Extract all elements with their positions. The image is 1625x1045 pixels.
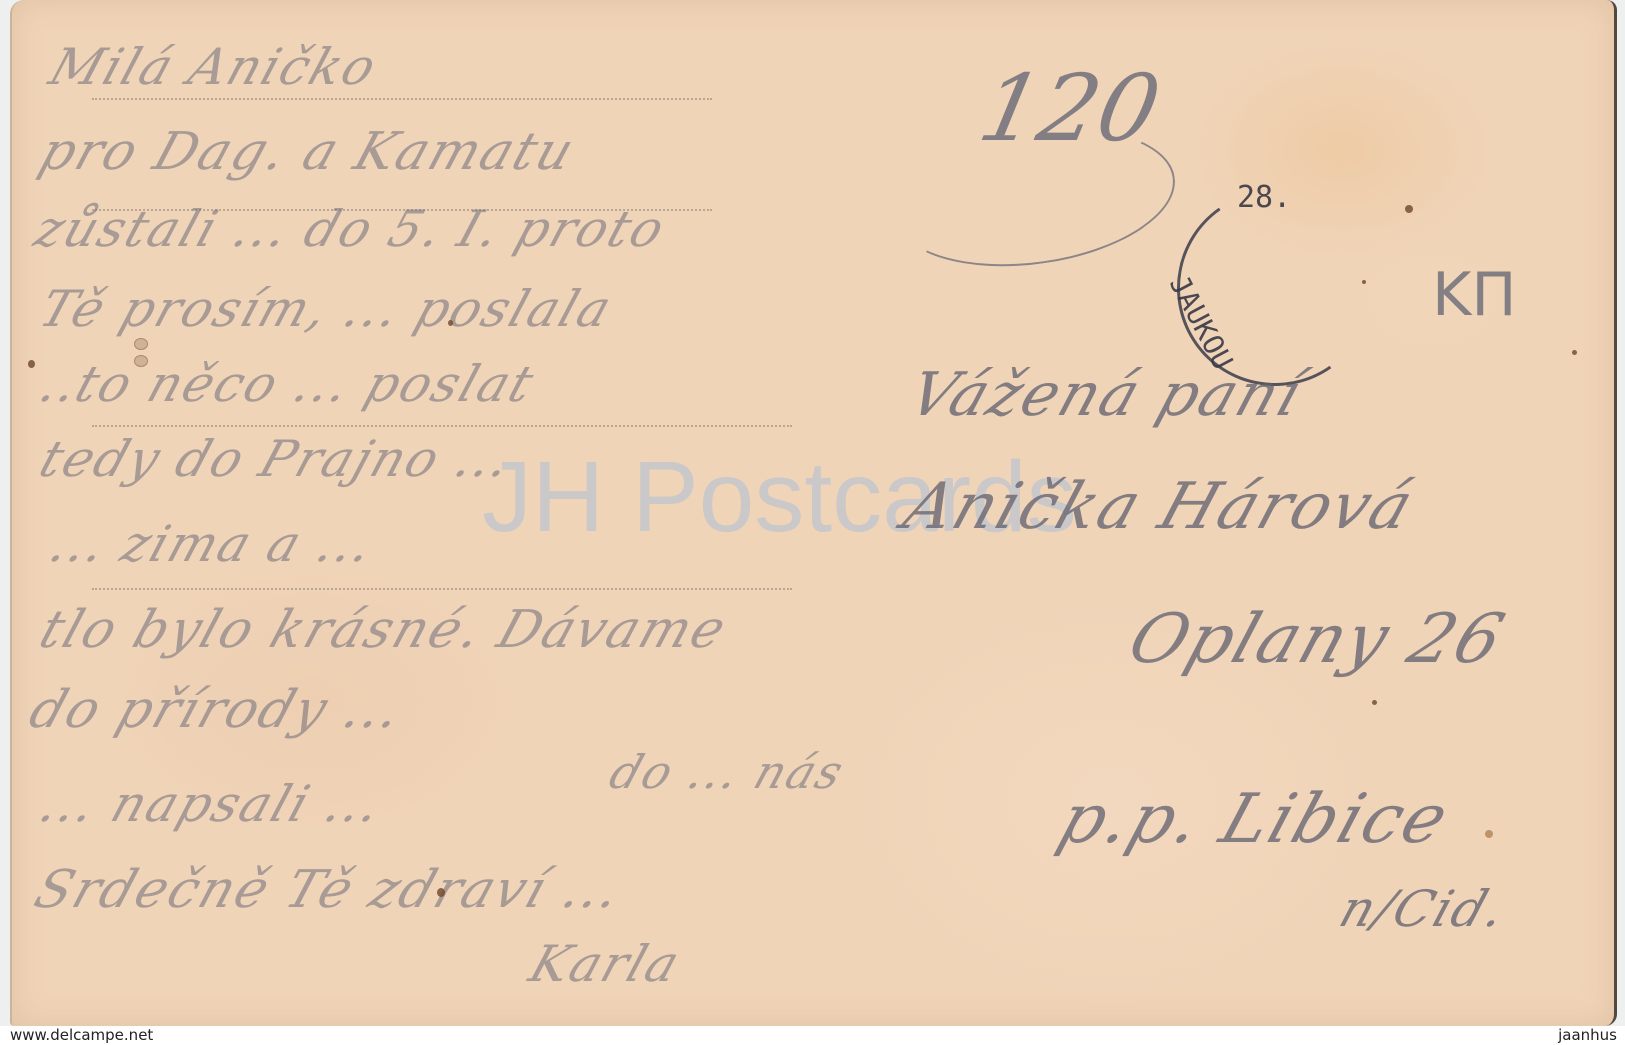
message-line: do ... nás bbox=[603, 745, 851, 799]
paper-speck bbox=[1572, 350, 1577, 355]
message-line: tlo bylo krásné. Dávame bbox=[32, 600, 735, 660]
pencil-mark: KП bbox=[1432, 260, 1516, 330]
footer-band: www.delcampe.net jaanhus bbox=[0, 1026, 1625, 1045]
message-line: Tě prosím, ... poslala bbox=[33, 280, 621, 338]
address-line: n/Cid. bbox=[1333, 880, 1515, 938]
address-line: Anička Hárová bbox=[895, 470, 1423, 544]
postmark-date: 28. bbox=[1237, 180, 1291, 215]
message-line: ..to něco ... poslat bbox=[33, 355, 543, 413]
message-line: zůstali ... do 5. I. proto bbox=[28, 200, 674, 258]
message-line: do přírody ... bbox=[22, 680, 410, 740]
message-line: Milá Aničko bbox=[43, 38, 385, 96]
message-signature: Karla bbox=[523, 935, 689, 993]
paper-speck bbox=[1372, 700, 1377, 705]
paper-speck bbox=[134, 338, 148, 350]
address-line: p.p. Libice bbox=[1049, 780, 1459, 859]
paper-speck bbox=[1485, 830, 1493, 838]
dotted-rule bbox=[92, 425, 792, 427]
message-line: ... zima a ... bbox=[43, 515, 382, 573]
message-line: Srdečně Tě zdraví ... bbox=[27, 860, 630, 920]
postcard-scan-viewport: Milá Aničko pro Dag. a Kamatu zůstali ..… bbox=[0, 0, 1625, 1045]
postcard-back: Milá Aničko pro Dag. a Kamatu zůstali ..… bbox=[10, 0, 1617, 1026]
paper-speck bbox=[1362, 280, 1366, 284]
message-line: tedy do Prajno ... bbox=[33, 430, 520, 488]
message-line: ... napsali ... bbox=[33, 775, 390, 833]
paper-speck bbox=[437, 888, 445, 897]
footer-seller-name: jaanhus bbox=[1558, 1026, 1617, 1045]
dotted-rule bbox=[92, 588, 792, 590]
paper-speck bbox=[1405, 205, 1413, 213]
paper-speck bbox=[448, 320, 453, 326]
paper-speck bbox=[134, 355, 148, 367]
address-line: Oplany 26 bbox=[1119, 600, 1515, 679]
paper-speck bbox=[28, 360, 35, 368]
dotted-rule bbox=[92, 98, 712, 100]
footer-site-link[interactable]: www.delcampe.net bbox=[10, 1026, 153, 1045]
message-line: pro Dag. a Kamatu bbox=[32, 122, 583, 182]
address-line: Vážená paní bbox=[901, 360, 1312, 430]
